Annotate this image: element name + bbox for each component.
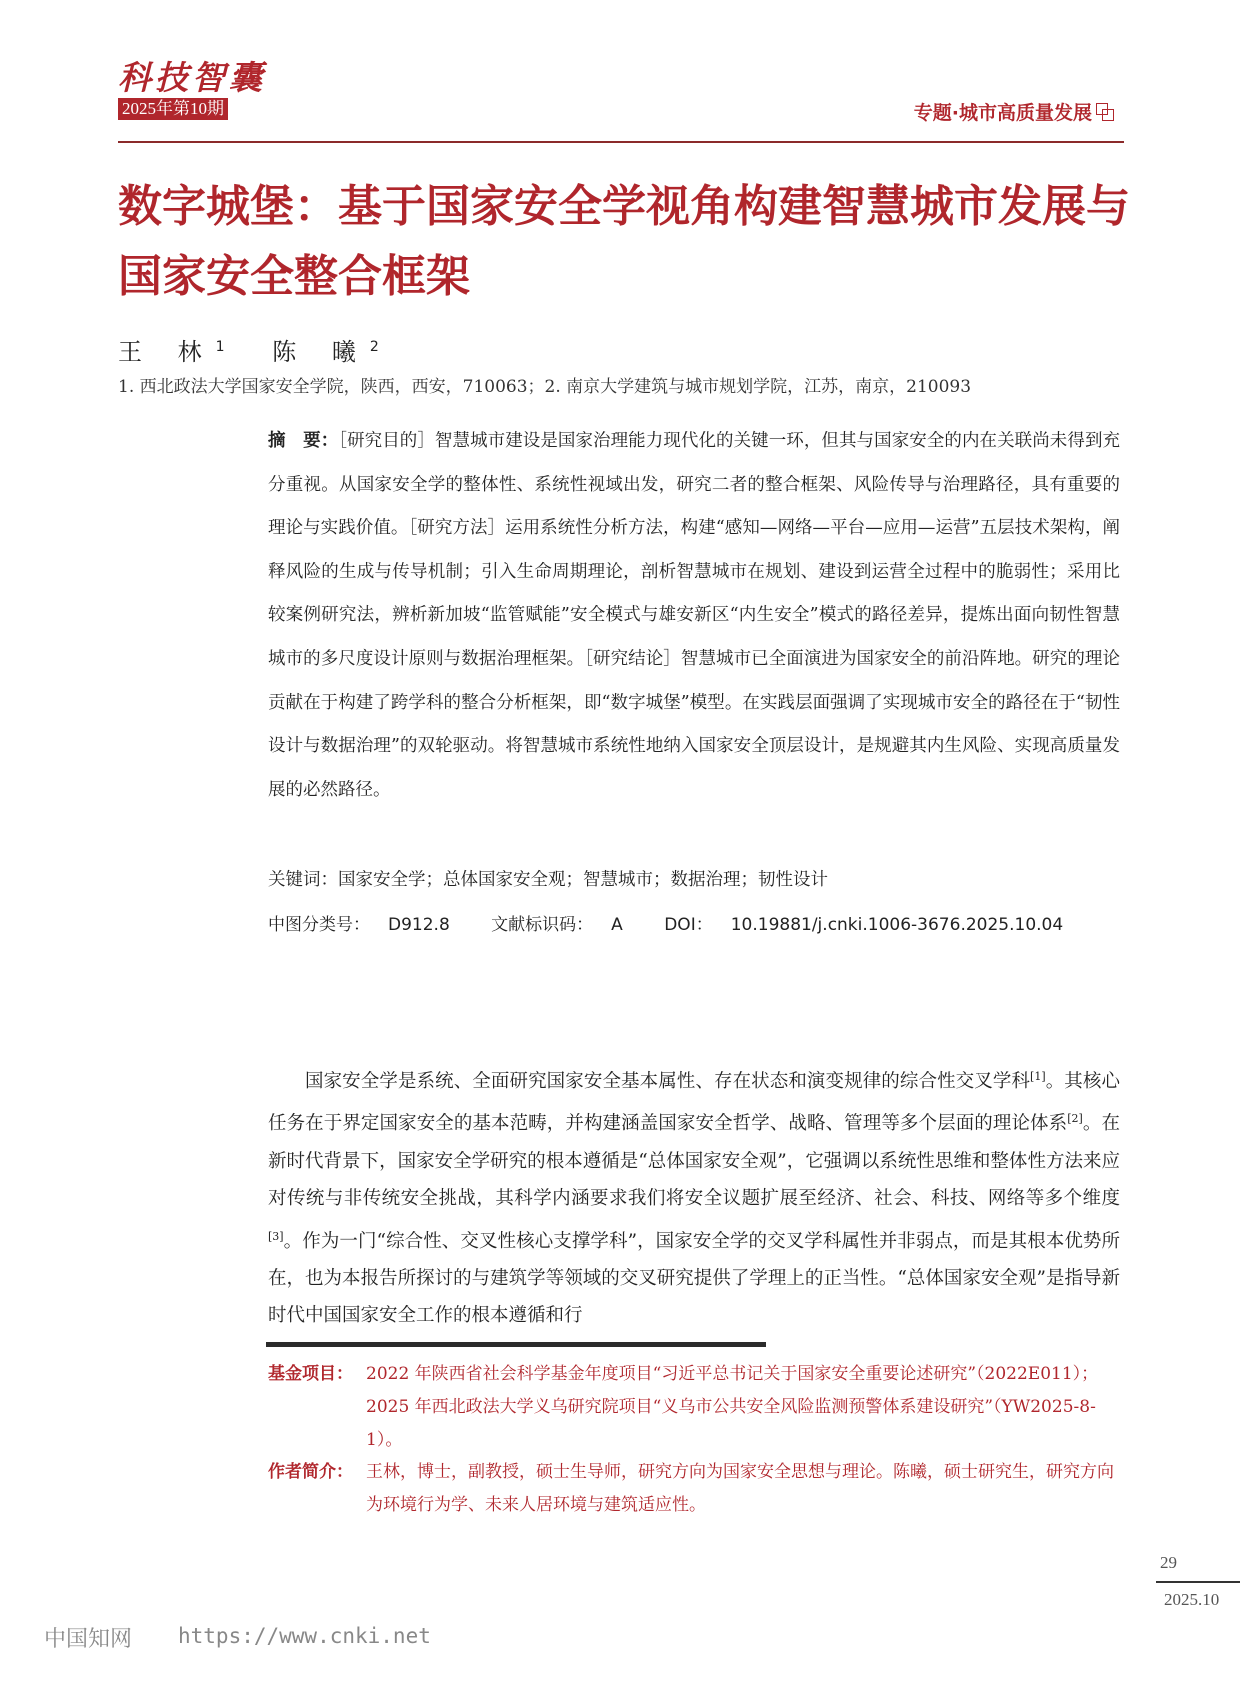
page-number: 29 <box>1160 1553 1177 1573</box>
citation-ref[interactable]: [2] <box>1067 1112 1083 1125</box>
abstract-text: ［研究目的］智慧城市建设是国家治理能力现代化的关键一环，但其与国家安全的内在关联… <box>268 431 1120 800</box>
body-text: 国家安全学是系统、全面研究国家安全基本属性、存在状态和演变规律的综合性交叉学科[… <box>268 1058 1120 1335</box>
author-name: 陈 曦2 <box>272 338 393 366</box>
abstract: 摘 要：［研究目的］智慧城市建设是国家治理能力现代化的关键一环，但其与国家安全的… <box>268 420 1120 812</box>
article-title: 数字城堡：基于国家安全学视角构建智慧城市发展与国家安全整合框架 <box>118 172 1138 312</box>
funding-label: 基金项目： <box>268 1358 353 1391</box>
document-code: 文献标识码：A <box>491 915 641 935</box>
author-bio: 作者简介： 王林，博士，副教授，硕士生导师，研究方向为国家安全思想与理论。陈曦，… <box>268 1456 1124 1522</box>
body-paragraph: 国家安全学是系统、全面研究国家安全基本属性、存在状态和演变规律的综合性交叉学科[… <box>268 1058 1120 1335</box>
citation-ref[interactable]: [3] <box>268 1230 284 1243</box>
author-name: 王 林1 <box>118 338 239 366</box>
classification-line: 中图分类号：D912.8 文献标识码：A DOI：10.19881/j.cnki… <box>268 910 1099 935</box>
page-number-divider <box>1156 1581 1240 1583</box>
footnote-divider <box>266 1342 766 1347</box>
section-label: 专题·城市高质量发展 <box>914 98 1114 125</box>
author-list: 王 林1 陈 曦2 <box>118 332 419 367</box>
keywords-text: 国家安全学；总体国家安全观；智慧城市；数据治理；韧性设计 <box>338 870 828 890</box>
doi: DOI：10.19881/j.cnki.1006-3676.2025.10.04 <box>664 915 1081 935</box>
funding-text: 2022 年陕西省社会科学基金年度项目“习近平总书记关于国家安全重要论述研究”（… <box>366 1358 1124 1457</box>
funding-note: 基金项目： 2022 年陕西省社会科学基金年度项目“习近平总书记关于国家安全重要… <box>268 1358 1124 1457</box>
header-divider <box>118 141 1124 143</box>
section-label-text: 专题·城市高质量发展 <box>914 98 1092 125</box>
clc-code: 中图分类号：D912.8 <box>268 915 468 935</box>
keywords-label: 关键词： <box>268 870 338 890</box>
overlapping-squares-icon <box>1096 103 1114 121</box>
abstract-label: 摘 要： <box>268 431 338 451</box>
journal-logo: 科技智囊 <box>118 52 266 99</box>
citation-ref[interactable]: [1] <box>1030 1070 1046 1083</box>
keywords: 关键词：国家安全学；总体国家安全观；智慧城市；数据治理；韧性设计 <box>268 866 828 891</box>
affiliations: 1. 西北政法大学国家安全学院，陕西，西安，710063；2. 南京大学建筑与城… <box>118 372 971 397</box>
watermark-url[interactable]: https://www.cnki.net <box>178 1624 431 1648</box>
issue-badge: 2025年第10期 <box>118 98 228 120</box>
page-date: 2025.10 <box>1164 1590 1219 1610</box>
watermark-name: 中国知网 <box>44 1622 132 1653</box>
bio-text: 王林，博士，副教授，硕士生导师，研究方向为国家安全思想与理论。陈曦，硕士研究生，… <box>366 1456 1124 1522</box>
bio-label: 作者简介： <box>268 1456 353 1489</box>
